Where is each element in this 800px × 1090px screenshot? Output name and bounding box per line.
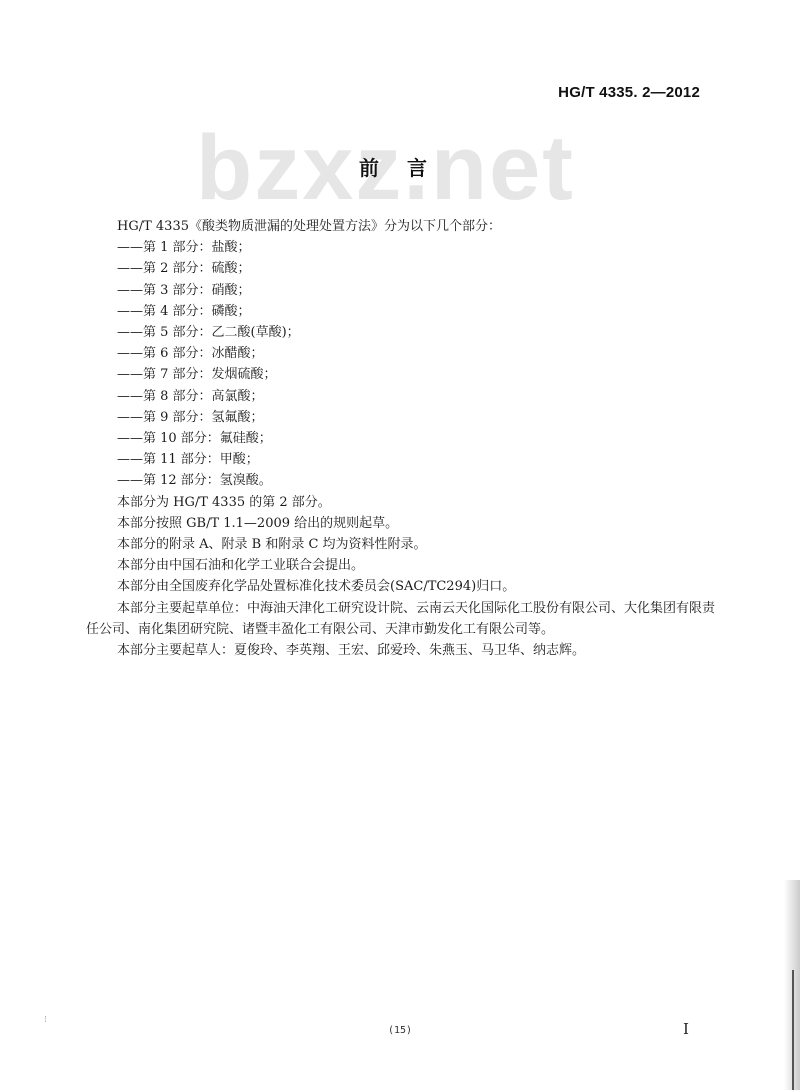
part-list-item: ——第 4 部分：磷酸； <box>86 301 726 322</box>
scan-edge-line <box>792 970 794 1090</box>
paragraph-appendices: 本部分的附录 A、附录 B 和附录 C 均为资料性附录。 <box>86 534 726 555</box>
scan-artifact: ⁝ <box>44 1015 47 1025</box>
document-page: HG/T 4335. 2—2012 bzxz.net 前言 HG/T 4335《… <box>0 0 800 1090</box>
part-list-item: ——第 2 部分：硫酸； <box>86 258 726 279</box>
part-list-item: ——第 1 部分：盐酸； <box>86 237 726 258</box>
paragraph-drafting-units: 本部分主要起草单位：中海油天津化工研究设计院、云南云天化国际化工股份有限公司、大… <box>86 598 726 640</box>
paragraph-part-number: 本部分为 HG/T 4335 的第 2 部分。 <box>86 492 726 513</box>
part-list-item: ——第 10 部分：氟硅酸； <box>86 428 726 449</box>
paragraph-drafters: 本部分主要起草人：夏俊玲、李英翔、王宏、邱爱玲、朱燕玉、马卫华、纳志辉。 <box>86 640 726 661</box>
part-list-item: ——第 8 部分：高氯酸； <box>86 386 726 407</box>
part-list-item: ——第 6 部分：冰醋酸； <box>86 343 726 364</box>
part-list-item: ——第 12 部分：氢溴酸。 <box>86 470 726 491</box>
part-list-item: ——第 5 部分：乙二酸(草酸)； <box>86 322 726 343</box>
roman-page-number: I <box>683 1020 689 1038</box>
part-list-item: ——第 9 部分：氢氟酸； <box>86 407 726 428</box>
page-number: (15) <box>0 1025 800 1036</box>
paragraph-drafting-rules: 本部分按照 GB/T 1.1—2009 给出的规则起草。 <box>86 513 726 534</box>
part-list-item: ——第 3 部分：硝酸； <box>86 280 726 301</box>
page-title: 前言 <box>0 152 800 181</box>
standard-code: HG/T 4335. 2—2012 <box>558 84 700 101</box>
paragraph-committee: 本部分由全国废弃化学品处置标准化技术委员会(SAC/TC294)归口。 <box>86 576 726 597</box>
intro-paragraph: HG/T 4335《酸类物质泄漏的处理处置方法》分为以下几个部分： <box>86 216 726 237</box>
body-text: HG/T 4335《酸类物质泄漏的处理处置方法》分为以下几个部分： ——第 1 … <box>86 216 726 661</box>
part-list-item: ——第 7 部分：发烟硫酸； <box>86 364 726 385</box>
paragraph-proposer: 本部分由中国石油和化学工业联合会提出。 <box>86 555 726 576</box>
part-list-item: ——第 11 部分：甲酸； <box>86 449 726 470</box>
